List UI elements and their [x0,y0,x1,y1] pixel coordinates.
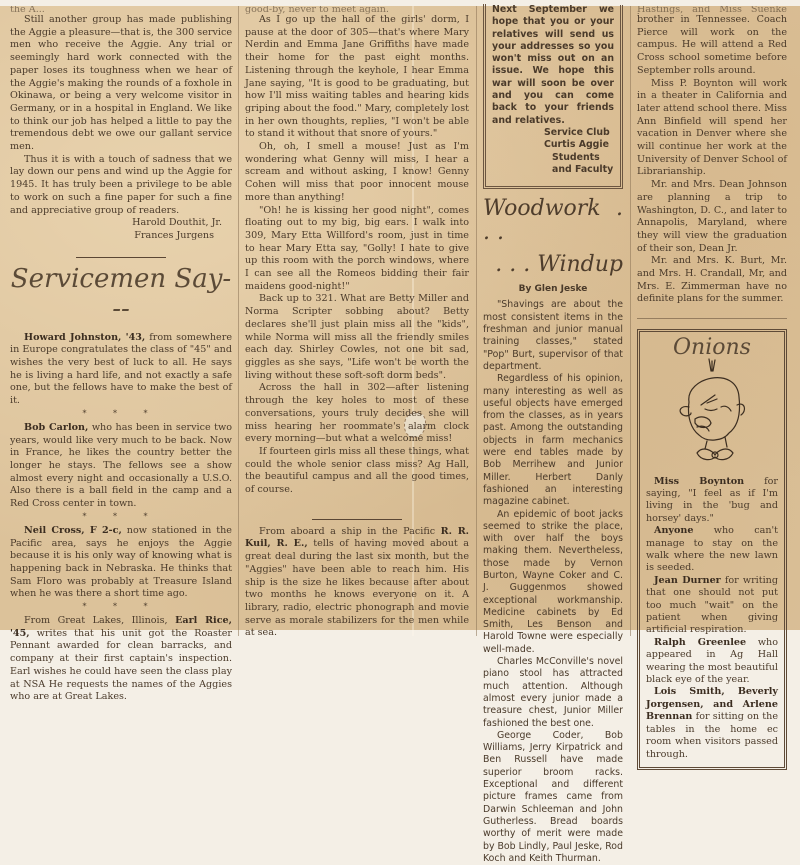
section-divider [312,519,402,520]
separator: * * * [10,602,232,612]
news-paragraph: Mr. and Mrs. Dean Johnson are planning a… [637,179,787,255]
onion-item: Anyone who can't manage to stay on the w… [646,525,778,575]
onion-item: Jean Durner for writing that one should … [646,575,778,630]
column-rule [630,6,631,630]
story-paragraph: "Oh! he is kissing her good night", come… [245,205,469,294]
column-editorial-servicemen: the A... Still another group has made pu… [10,6,232,630]
editorial-paragraph: Still another group has made publishing … [10,14,232,154]
torn-fragment: Hastings, and Miss Suenke her [637,6,787,14]
notice-signature: Curtis Aggie [492,139,614,151]
serviceman-item: From aboard a ship in the Pacific R. R. … [245,526,469,630]
notice-signature: Students and Faculty [492,152,614,177]
story-paragraph: As I go up the hall of the girls' dorm, … [245,14,469,141]
news-paragraph: Mr. and Mrs. K. Burt, Mr. and Mrs. H. Cr… [637,255,787,306]
onions-title: Onions [646,342,778,354]
grumpy-man-cartoon-icon [667,357,757,472]
column-dorm-story: good-by, never to meet again. As I go up… [245,6,469,630]
story-paragraph: If fourteen girls miss all these things,… [245,446,469,497]
serviceman-item: Neil Cross, F 2-c, now stationed in the … [10,525,232,601]
story-paragraph: Across the hall in 302—after listening t… [245,382,469,446]
torn-edge [190,0,420,6]
torn-edge [560,0,800,5]
signature: Harold Douthit, Jr. [10,217,232,230]
section-heading: Servicemen Say--- [10,264,232,324]
serviceman-item: Howard Johnston, '43, from somewhere in … [10,332,232,408]
article-paragraph: "Shavings are about the most consistent … [483,299,623,373]
article-paragraph: Regardless of his opinion, many interest… [483,373,623,508]
separator: * * * [10,409,232,419]
serviceman-item: From Great Lakes, Illinois, Earl Rice, '… [10,615,232,630]
onion-item: Miss Boynton for saying, "I feel as if I… [646,476,778,526]
serviceman-item: Bob Carlon, who has been in service two … [10,422,232,511]
news-paragraph: brother in Tennessee. Coach Pierce will … [637,14,787,78]
signature: Frances Jurgens [10,230,232,243]
news-paragraph: Miss P. Boynton will work in a theater i… [637,78,787,180]
service-club-notice: Next September we hope that you or your … [483,4,623,189]
torn-fragment: the A... [10,6,232,14]
separator: * * * [10,512,232,522]
section-divider [637,318,787,319]
column-summer-plans-onions: Hastings, and Miss Suenke her brother in… [637,6,787,630]
notice-signature: Service Club [492,127,614,139]
onions-box: Onions Miss Boynton for saying, "I feel … [637,329,787,630]
column-rule [238,6,239,630]
column-woodwork: Next September we hope that you or your … [483,6,623,630]
article-paragraph: An epidemic of boot jacks seemed to stri… [483,509,623,631]
column-rule [476,6,477,630]
section-divider [76,257,166,258]
torn-edge [0,0,120,6]
article-title: Woodwork . . . [483,197,623,245]
newspaper-clipping: the A... Still another group has made pu… [0,6,800,630]
byline: By Glen Jeske [483,283,623,295]
article-title: . . . Windup [483,253,623,277]
torn-fragment: good-by, never to meet again. [245,6,469,14]
editorial-paragraph: Thus it is with a touch of sadness that … [10,154,232,218]
story-paragraph: Oh, oh, I smell a mouse! Just as I'm won… [245,141,469,205]
story-paragraph: Back up to 321. What are Betty Miller an… [245,293,469,382]
notice-text: Next September we hope that you or your … [492,4,614,127]
